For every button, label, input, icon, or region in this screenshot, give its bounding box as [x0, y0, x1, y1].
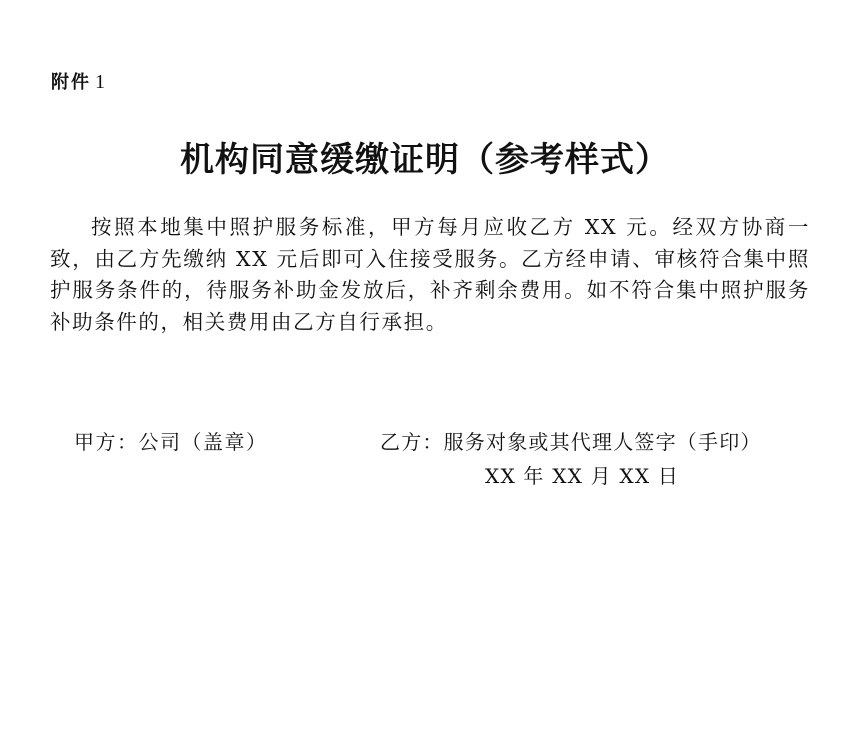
- document-title: 机构同意缓缴证明（参考样式）: [0, 137, 850, 183]
- party-b-signature: 乙方：服务对象或其代理人签字（手印）: [380, 428, 762, 456]
- body-paragraph: 按照本地集中照护服务标准，甲方每月应收乙方 XX 元。经双方协商一致，由乙方先缴…: [50, 212, 810, 338]
- signature-date: XX 年 XX 月 XX 日: [485, 462, 679, 490]
- attachment-number: 1: [95, 71, 107, 93]
- attachment-label: 附件1: [51, 70, 107, 95]
- party-a-signature: 甲方：公司（盖章）: [74, 428, 268, 456]
- attachment-label-text: 附件: [51, 72, 91, 93]
